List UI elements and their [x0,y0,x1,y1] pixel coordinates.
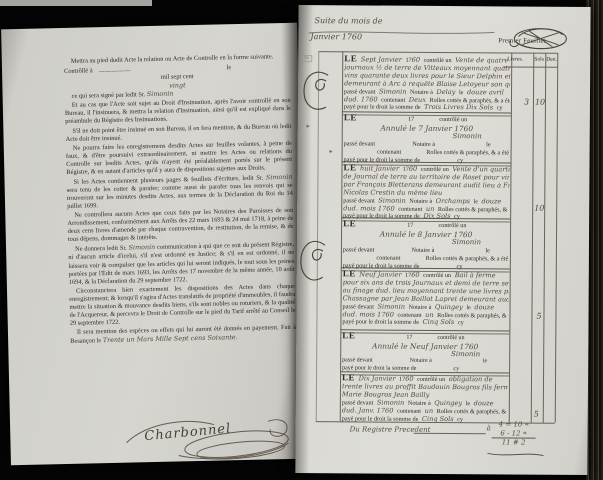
handwritten-name: Simonin [266,173,293,182]
note-underline-flourish-icon [306,27,496,38]
entry-date: huit Janvier [360,164,399,172]
notary-place: Quingey [434,399,462,407]
entry-sum: Cinq Sols [423,319,455,327]
col-den-line [543,53,547,423]
amount-sols: 10 [535,98,545,107]
check-tick: ≡ [523,430,527,436]
left-page: Mettra au pied dudit Acte la relation ou… [1,23,307,466]
entry-sum-line: payé pour le droit la somme de Trois Liv… [344,104,510,113]
handwritten-name: Simonin [147,90,174,99]
footer-dash-line [414,433,486,435]
notary-name: Simonin [377,399,405,406]
table-right-border [555,53,559,423]
margin-stamp: № [301,55,312,62]
entry-act-type: Vente d'un quartier [452,165,509,173]
entry-day: douze [474,303,494,311]
entry-day: douze [474,399,494,407]
handwritten-name: Simonin [129,243,156,252]
controle-pre: Contrôllé à [64,67,93,76]
paragraph: Circonstanciera bien exactement les disp… [69,283,296,328]
margin-asterisk: * [306,123,310,132]
entry-opening-line: LE 17 contrôlé un [343,220,509,230]
entry-opening-line: LE 17 contrôlé un [344,114,510,124]
entry-date: Neuf Janvier [359,270,401,278]
check-tick: ≡ [525,422,529,428]
col-header-sols: Sols [534,57,544,63]
totals-column: 4 = 10 ≡ 6 - 12 ≡ 11 # 2 [492,420,536,447]
notary-name: Simonin [378,197,406,204]
entry-date: Sept Janvier [361,55,402,63]
paragraph: Ne pourra faire les enregistremens desdi… [66,139,293,176]
paragraph: Si les Actes contiennent plusieurs pages… [66,173,293,211]
entry-sum-line: payé pour le droit la somme de Cinq Sols… [342,319,508,328]
entry-sum: Trois Livres Dix Sols [424,104,493,112]
paragraph: Ne donnera ledit Sr. Simonin communicati… [68,240,295,286]
entry-sum-line: payé pour le droit la somme de cy [342,365,508,374]
amount-sols: 5 [534,410,539,419]
paragraph: Et au cas que l'Acte soit sujet au Droit… [65,97,291,126]
entry-day: douze avril [467,88,504,96]
grand-total: 11 # 2 [492,439,536,448]
paragraph: Ne controllera aucuns Actes que ceux fai… [67,207,294,244]
register-entry-acte: LE Sept Janvier 1760 contrôlé un Vente d… [344,55,510,110]
entry-sum: Dix Sols [423,213,450,221]
entry-day: douze [482,197,502,205]
scanned-register-spread: Mettra au pied dudit Acte la relation ou… [0,0,603,480]
amount-sols: 5 [536,312,541,321]
right-page: Suite du mois de Janvier 1760 Premier Fe… [295,5,590,475]
entry-opening-line: LE 17 contrôlé un [342,332,508,343]
register-entry-annule: LE 17 contrôlé un Annulé le 8 Janvier 17… [343,220,509,267]
register-entry-annule: LE 17 contrôlé un Annulé le 7 Janvier 17… [344,114,510,161]
entry-act-type: Vente de quatre [455,56,508,64]
margin-paraph-icon [297,235,331,287]
handwritten-date: Trente un Mars Mille Sept cens Soixante. [103,333,238,344]
notary-name: Simonin [378,303,406,310]
entry-date: Dix Janvier [359,374,396,382]
margin-paraph-icon [300,67,334,115]
notary-place: Delay [436,88,455,96]
notary-place: Orchamps [436,197,470,205]
amount-livres: 3 [524,98,529,107]
controle-le: le [226,64,231,72]
register-entry-acte: LE Neuf Janvier 1760 contrôlé un Bail à … [342,270,508,329]
register-entry-annule: LE 17 contrôlé un Annulé le Neuf Janvier… [342,332,508,371]
amount-sols: 10 [534,204,544,213]
notary-place: Quingey [435,303,463,311]
register-entry-acte: LE huit Janvier 1760 contrôlé un Vente d… [343,164,509,217]
col-header-den: Den. [546,57,557,63]
entry-sum-line: payé pour le droit la somme de Cinq Sols… [342,415,508,424]
entry-act-type: obligation de [449,375,493,383]
month-note-line1: Suite du mois de [314,16,382,25]
totals-underline-flourish-icon [485,449,545,459]
scan-edge-artifact [0,0,152,6]
handwritten-scribble: ————— [99,67,131,76]
footer-ref-mark: à [487,424,491,432]
page-total: 4 = 10 ≡ [492,420,536,429]
previous-total: 6 - 12 ≡ [492,429,536,439]
paraph-doodle-icon [508,22,570,54]
signature-block: Charbonnel [118,409,299,469]
left-page-text: Mettra au pied dudit Acte la relation ou… [64,53,297,347]
notary-name: Simonin [379,88,407,95]
entry-act-type: Bail à ferme [455,271,496,279]
entry-sum: Cinq Sols [422,415,454,423]
register-entry-acte: LE Dix Janvier 1760 contrôlé un obligati… [342,374,508,421]
margin-asterisk: * [329,148,333,157]
col-sols-line [531,53,535,423]
